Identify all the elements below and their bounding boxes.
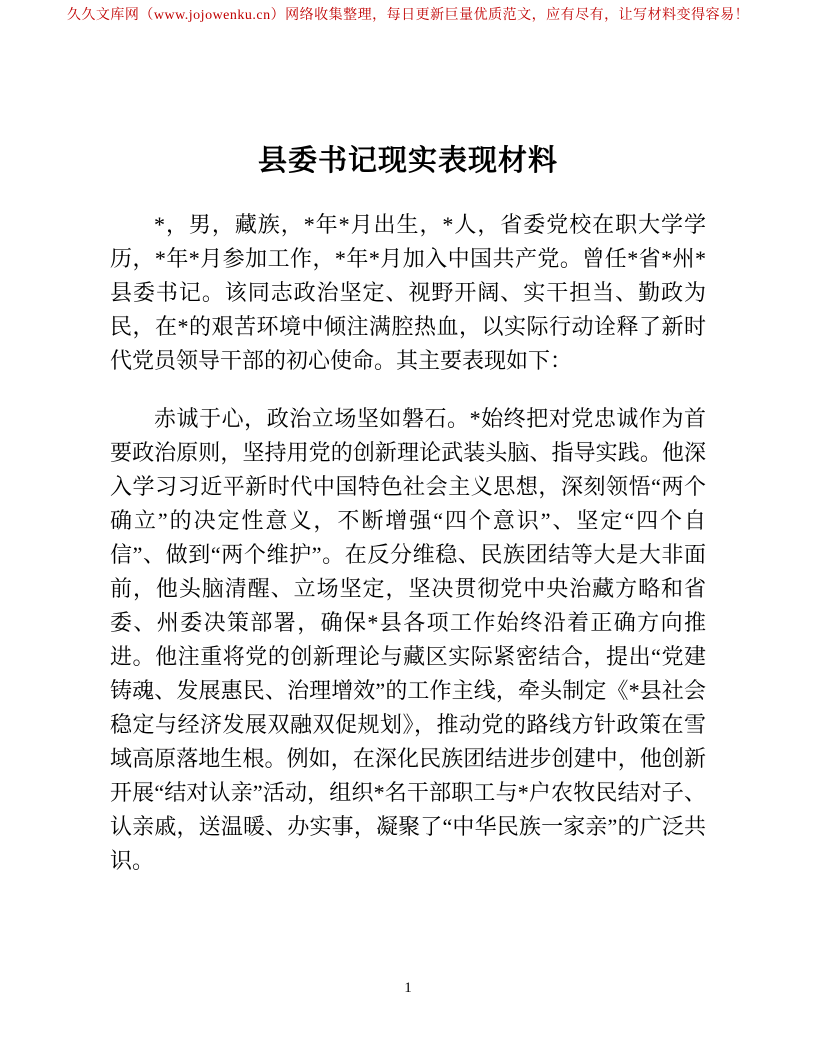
document-body: *，男，藏族，*年*月出生，*人，省委党校在职大学学历，*年*月参加工作，*年*… (110, 208, 706, 902)
document-page: 久久文库网（www.jojowenku.cn）网络收集整理，每日更新巨量优质范文… (0, 0, 816, 1056)
document-title: 县委书记现实表现材料 (0, 143, 816, 179)
paragraph-political-stance: 赤诚于心，政治立场坚如磐石。*始终把对党忠诚作为首要政治原则，坚持用党的创新理论… (110, 402, 706, 878)
header-watermark-text: 久久文库网（www.jojowenku.cn）网络收集整理，每日更新巨量优质范文… (0, 7, 816, 25)
page-number: 1 (0, 980, 816, 997)
paragraph-intro: *，男，藏族，*年*月出生，*人，省委党校在职大学学历，*年*月参加工作，*年*… (110, 208, 706, 378)
